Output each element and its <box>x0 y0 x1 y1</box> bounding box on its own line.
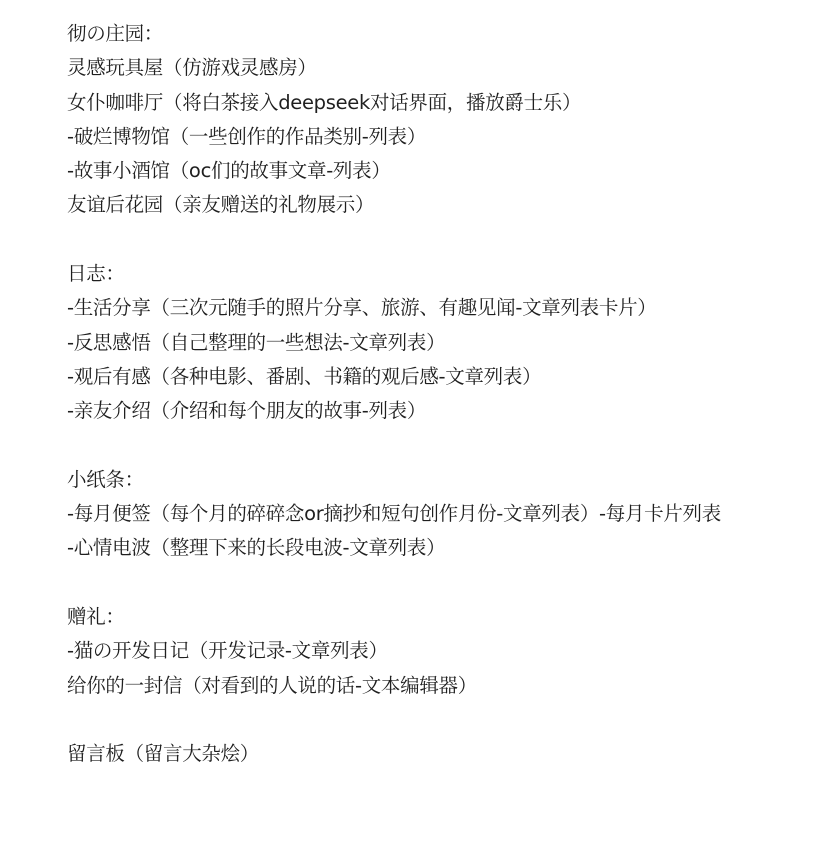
section-journal: 日志： -生活分享（三次元随手的照片分享、旅游、有趣见闻-文章列表卡片） -反思… <box>67 257 743 428</box>
list-item: -每月便签（每个月的碎碎念or摘抄和短句创作月份-文章列表）-每月卡片列表 <box>67 497 743 531</box>
section-notes: 小纸条： -每月便签（每个月的碎碎念or摘抄和短句创作月份-文章列表）-每月卡片… <box>67 463 743 566</box>
blank-line <box>67 429 743 463</box>
blank-line <box>67 703 743 737</box>
list-item: -亲友介绍（介绍和每个朋友的故事-列表） <box>67 394 743 428</box>
blank-line <box>67 566 743 600</box>
section-heading: 日志： <box>67 257 743 291</box>
section-heading: 赠礼： <box>67 600 743 634</box>
list-item: -反思感悟（自己整理的一些想法-文章列表） <box>67 326 743 360</box>
section-heading: 彻の庄园： <box>67 17 743 51</box>
list-item: -观后有感（各种电影、番剧、书籍的观后感-文章列表） <box>67 360 743 394</box>
list-item: 友谊后花园（亲友赠送的礼物展示） <box>67 188 743 222</box>
document-body: 彻の庄园： 灵感玩具屋（仿游戏灵感房） 女仆咖啡厅（将白茶接入deepseek对… <box>67 17 743 772</box>
list-item: -生活分享（三次元随手的照片分享、旅游、有趣见闻-文章列表卡片） <box>67 291 743 325</box>
section-heading: 留言板（留言大杂烩） <box>67 737 743 771</box>
list-item: -破烂博物馆（一些创作的作品类别-列表） <box>67 120 743 154</box>
list-item: 给你的一封信（对看到的人说的话-文本编辑器） <box>67 669 743 703</box>
list-item: 女仆咖啡厅（将白茶接入deepseek对话界面，播放爵士乐） <box>67 86 743 120</box>
section-heading: 小纸条： <box>67 463 743 497</box>
list-item: 灵感玩具屋（仿游戏灵感房） <box>67 51 743 85</box>
list-item: -故事小酒馆（oc们的故事文章-列表） <box>67 154 743 188</box>
section-gifts: 赠礼： -猫の开发日记（开发记录-文章列表） 给你的一封信（对看到的人说的话-文… <box>67 600 743 703</box>
section-guestbook: 留言板（留言大杂烩） <box>67 737 743 771</box>
list-item: -猫の开发日记（开发记录-文章列表） <box>67 634 743 668</box>
list-item: -心情电波（整理下来的长段电波-文章列表） <box>67 531 743 565</box>
section-manor: 彻の庄园： 灵感玩具屋（仿游戏灵感房） 女仆咖啡厅（将白茶接入deepseek对… <box>67 17 743 223</box>
blank-line <box>67 223 743 257</box>
